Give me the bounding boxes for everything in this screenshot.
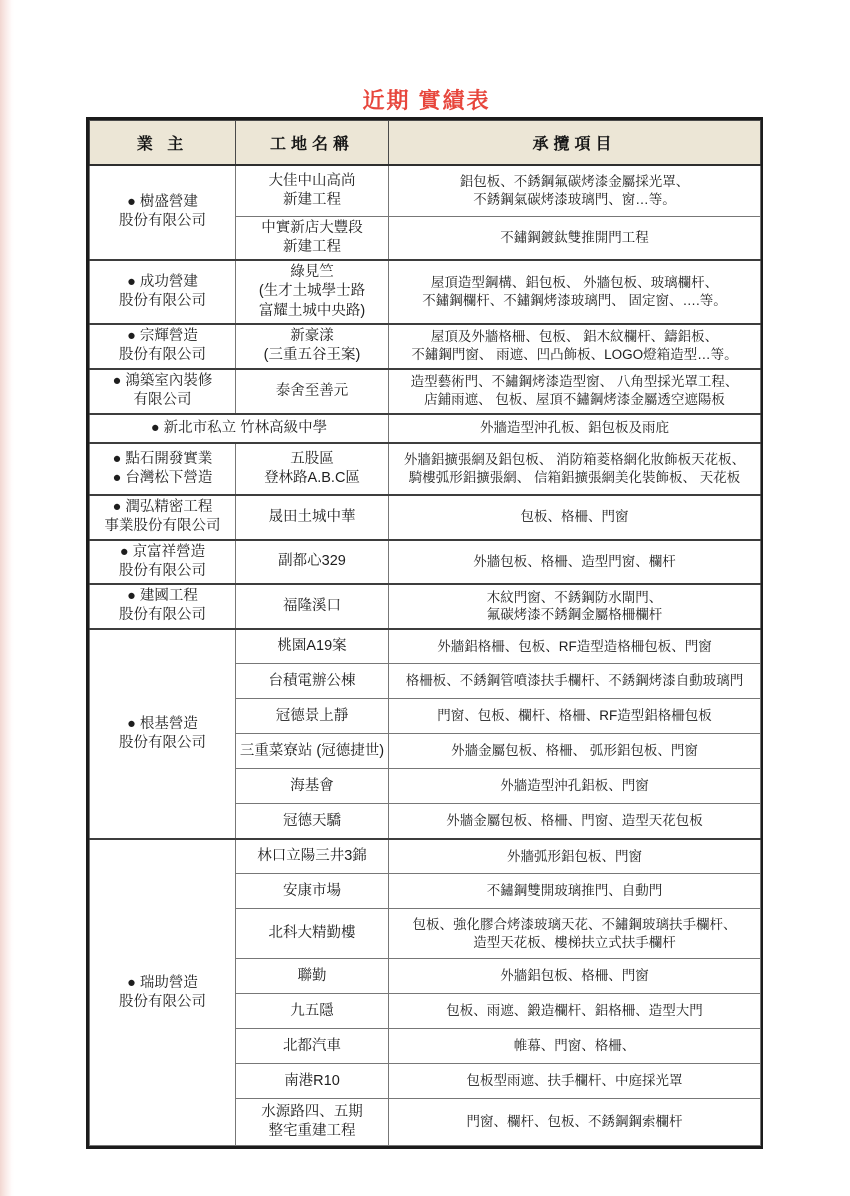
results-table: 業 主 工地名稱 承攬項目 ● 樹盛營建 股份有限公司 大佳中山高尚 新建工程 … bbox=[89, 120, 761, 1146]
col-header-items: 承攬項目 bbox=[389, 121, 761, 165]
items-cell: 包板、格柵、門窗 bbox=[389, 495, 761, 540]
results-table-wrap: 業 主 工地名稱 承攬項目 ● 樹盛營建 股份有限公司 大佳中山高尚 新建工程 … bbox=[86, 117, 763, 1149]
site-cell: 九五隱 bbox=[236, 994, 389, 1029]
table-row: ● 宗輝營造 股份有限公司 新豪漾 (三重五谷王案) 屋頂及外牆格柵、包板、 鋁… bbox=[90, 324, 761, 369]
items-cell: 包板、雨遮、鍛造欄杆、鋁格柵、造型大門 bbox=[389, 994, 761, 1029]
items-cell: 造型藝術門、不鏽鋼烤漆造型窗、 八角型採光罩工程、 店鋪雨遮、 包板、屋頂不鏽鋼… bbox=[389, 369, 761, 414]
table-row: ● 點石開發實業 ● 台灣松下營造 五股區 登林路A.B.C區 外牆鋁擴張網及鋁… bbox=[90, 443, 761, 495]
owner-cell: ● 根基營造 股份有限公司 bbox=[90, 629, 236, 839]
site-cell: 綠見竺 (生才土城學士路 富耀土城中央路) bbox=[236, 260, 389, 323]
table-row: ● 樹盛營建 股份有限公司 大佳中山高尚 新建工程 鋁包板、不銹鋼氟碳烤漆金屬採… bbox=[90, 165, 761, 217]
site-cell: 新豪漾 (三重五谷王案) bbox=[236, 324, 389, 369]
items-cell: 外牆鋁格柵、包板、RF造型造格柵包板、門窗 bbox=[389, 629, 761, 664]
items-cell: 外牆包板、格柵、造型門窗、欄杆 bbox=[389, 540, 761, 584]
site-cell: 海基會 bbox=[236, 769, 389, 804]
owner-cell: ● 宗輝營造 股份有限公司 bbox=[90, 324, 236, 369]
items-cell: 門窗、欄杆、包板、不銹鋼鋼索欄杆 bbox=[389, 1099, 761, 1146]
items-cell: 外牆造型沖孔板、鋁包板及雨庇 bbox=[389, 414, 761, 443]
table-row: ● 潤弘精密工程 事業股份有限公司 晟田土城中華 包板、格柵、門窗 bbox=[90, 495, 761, 540]
items-cell: 格柵板、不銹鋼管噴漆扶手欄杆、不銹鋼烤漆自動玻璃門 bbox=[389, 664, 761, 699]
owner-cell: ● 鴻築室內裝修 有限公司 bbox=[90, 369, 236, 414]
site-cell: 北科大精勤樓 bbox=[236, 909, 389, 959]
table-row: ● 鴻築室內裝修 有限公司 泰舍至善元 造型藝術門、不鏽鋼烤漆造型窗、 八角型採… bbox=[90, 369, 761, 414]
site-cell: 台積電辦公棟 bbox=[236, 664, 389, 699]
site-cell: 冠德景上靜 bbox=[236, 699, 389, 734]
items-cell: 外牆弧形鋁包板、門窗 bbox=[389, 839, 761, 874]
site-cell: 水源路四、五期 整宅重建工程 bbox=[236, 1099, 389, 1146]
owner-cell: ● 建國工程 股份有限公司 bbox=[90, 584, 236, 629]
owner-cell: ● 成功營建 股份有限公司 bbox=[90, 260, 236, 323]
site-cell: 大佳中山高尚 新建工程 bbox=[236, 165, 389, 217]
items-cell: 屋頂造型鋼構、鋁包板、 外牆包板、玻璃欄杆、 不鏽鋼欄杆、不鏽鋼烤漆玻璃門、 固… bbox=[389, 260, 761, 323]
owner-cell: ● 點石開發實業 ● 台灣松下營造 bbox=[90, 443, 236, 495]
site-cell: 北都汽車 bbox=[236, 1029, 389, 1064]
items-cell: 門窗、包板、欄杆、格柵、RF造型鋁格柵包板 bbox=[389, 699, 761, 734]
table-row: ● 新北市私立 竹林高級中學 外牆造型沖孔板、鋁包板及雨庇 bbox=[90, 414, 761, 443]
owner-cell: ● 京富祥營造 股份有限公司 bbox=[90, 540, 236, 584]
items-cell: 包板、強化膠合烤漆玻璃天花、不鏽鋼玻璃扶手欄杆、 造型天花板、樓梯扶立式扶手欄杆 bbox=[389, 909, 761, 959]
site-cell: 林口立陽三井3錦 bbox=[236, 839, 389, 874]
site-cell: 南港R10 bbox=[236, 1064, 389, 1099]
owner-cell-merged: ● 新北市私立 竹林高級中學 bbox=[90, 414, 389, 443]
site-cell: 晟田土城中華 bbox=[236, 495, 389, 540]
site-cell: 安康市場 bbox=[236, 874, 389, 909]
site-cell: 三重菜寮站 (冠德捷世) bbox=[236, 734, 389, 769]
page-left-edge-decoration bbox=[0, 0, 15, 1196]
items-cell: 外牆鋁包板、格柵、門窗 bbox=[389, 959, 761, 994]
table-row: ● 瑞助營造 股份有限公司 林口立陽三井3錦 外牆弧形鋁包板、門窗 bbox=[90, 839, 761, 874]
owner-cell: ● 樹盛營建 股份有限公司 bbox=[90, 165, 236, 261]
site-cell: 中實新店大豐段 新建工程 bbox=[236, 217, 389, 261]
table-header-row: 業 主 工地名稱 承攬項目 bbox=[90, 121, 761, 165]
items-cell: 鋁包板、不銹鋼氟碳烤漆金屬採光罩、 不銹鋼氣碳烤漆玻璃門、窗…等。 bbox=[389, 165, 761, 217]
items-cell: 不鏽鋼雙開玻璃推門、自動門 bbox=[389, 874, 761, 909]
site-cell: 聯勤 bbox=[236, 959, 389, 994]
site-cell: 泰舍至善元 bbox=[236, 369, 389, 414]
items-cell: 外牆金屬包板、格柵、 弧形鋁包板、門窗 bbox=[389, 734, 761, 769]
items-cell: 帷幕、門窗、格柵、 bbox=[389, 1029, 761, 1064]
table-row: ● 建國工程 股份有限公司 福隆溪口 木紋門窗、不銹鋼防水閘門、 氟碳烤漆不銹鋼… bbox=[90, 584, 761, 629]
table-row: ● 成功營建 股份有限公司 綠見竺 (生才土城學士路 富耀土城中央路) 屋頂造型… bbox=[90, 260, 761, 323]
items-cell: 包板型雨遮、扶手欄杆、中庭採光罩 bbox=[389, 1064, 761, 1099]
items-cell: 屋頂及外牆格柵、包板、 鋁木紋欄杆、鑄鋁板、 不鏽鋼門窗、 雨遮、凹凸飾板、LO… bbox=[389, 324, 761, 369]
items-cell: 木紋門窗、不銹鋼防水閘門、 氟碳烤漆不銹鋼金屬格柵欄杆 bbox=[389, 584, 761, 629]
owner-cell: ● 潤弘精密工程 事業股份有限公司 bbox=[90, 495, 236, 540]
site-cell: 福隆溪口 bbox=[236, 584, 389, 629]
items-cell: 外牆鋁擴張網及鋁包板、 消防箱菱格網化妝飾板天花板、 騎樓弧形鋁擴張網、 信箱鋁… bbox=[389, 443, 761, 495]
col-header-site: 工地名稱 bbox=[236, 121, 389, 165]
items-cell: 不鏽鋼鍍鈦雙推開門工程 bbox=[389, 217, 761, 261]
items-cell: 外牆造型沖孔鋁板、門窗 bbox=[389, 769, 761, 804]
site-cell: 桃園A19案 bbox=[236, 629, 389, 664]
page-title: 近期 實績表 bbox=[88, 84, 765, 115]
items-cell: 外牆金屬包板、格柵、門窗、造型天花包板 bbox=[389, 804, 761, 839]
owner-cell: ● 瑞助營造 股份有限公司 bbox=[90, 839, 236, 1146]
site-cell: 五股區 登林路A.B.C區 bbox=[236, 443, 389, 495]
site-cell: 冠德天驕 bbox=[236, 804, 389, 839]
col-header-owner: 業 主 bbox=[90, 121, 236, 165]
table-row: ● 根基營造 股份有限公司 桃園A19案 外牆鋁格柵、包板、RF造型造格柵包板、… bbox=[90, 629, 761, 664]
table-row: ● 京富祥營造 股份有限公司 副都心329 外牆包板、格柵、造型門窗、欄杆 bbox=[90, 540, 761, 584]
site-cell: 副都心329 bbox=[236, 540, 389, 584]
